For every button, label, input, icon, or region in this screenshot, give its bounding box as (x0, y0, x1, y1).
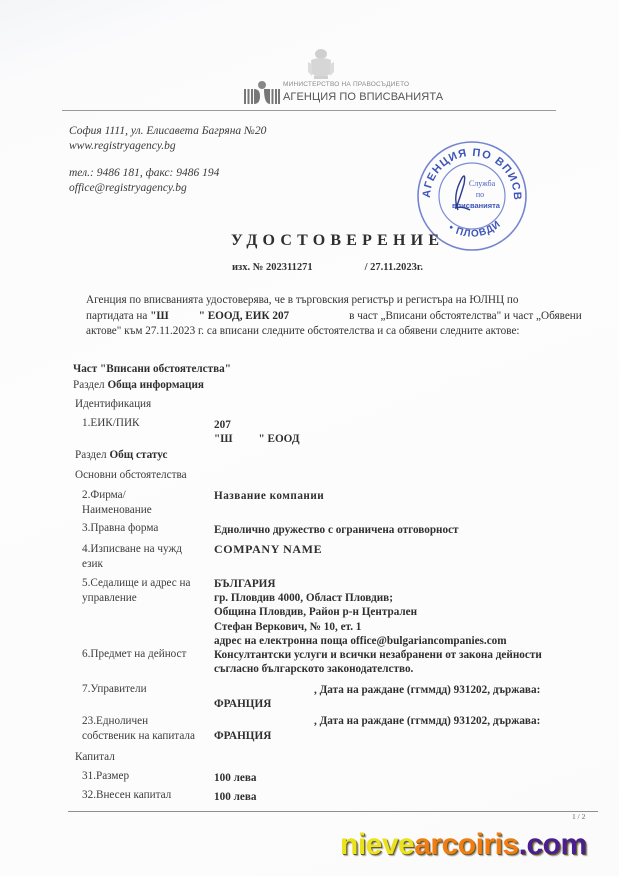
watermark-logo: nievearcoiris.com (340, 828, 587, 862)
page-number: 1 / 2 (572, 812, 585, 821)
field-value-foreign-name: COMPANY NAME (214, 542, 322, 556)
field-value-firm: Название компании (214, 489, 324, 503)
ministry-label: МИНИСТЕРСТВО НА ПРАВОСЪДИЕТО (283, 81, 409, 88)
field-label-foreign-name: 4.Изписване на чуждезик (82, 542, 182, 572)
field-value-managers: , Дата на раждане (ггммдд) 931202, държа… (214, 683, 540, 711)
field-value-activity: Консултантски услуги и всички незабранен… (214, 648, 542, 676)
agency-address: София 1111, ул. Елисавета Багряна №20 (69, 125, 266, 137)
agency-website[interactable]: www.registryagency.bg (69, 140, 176, 152)
field-value-seat: БЪЛГАРИЯ гр. Пловдив 4000, Област Пловди… (214, 577, 507, 648)
part-title: Част "Вписани обстоятелства" (73, 362, 231, 376)
section-general-status: Раздел Общ статус (75, 449, 167, 461)
svg-text:вписванията: вписванията (452, 201, 501, 210)
agency-label: АГЕНЦИЯ ПО ВПИСВАНИЯТА (283, 91, 443, 103)
field-label-sole-owner: 23.Едноличенсобственик на капитала (82, 714, 195, 744)
field-label-eik: 1.ЕИК/ПИК (82, 417, 140, 429)
field-label-legal-form: 3.Правна форма (82, 522, 158, 534)
agency-email[interactable]: office@registryagency.bg (69, 182, 187, 194)
footer-divider (68, 811, 598, 812)
agency-phones: тел.: 9486 181, факс: 9486 194 (69, 167, 219, 179)
reference-prefix: изх. № 202311271 (232, 262, 313, 273)
field-label-capital-size: 31.Размер (82, 770, 129, 782)
svg-text:АГЕНЦИЯ ПО ВПИСВАНИЯТА: АГЕНЦИЯ ПО ВПИСВАНИЯТА (412, 136, 523, 201)
document-page: МИНИСТЕРСТВО НА ПРАВОСЪДИЕТО АГЕНЦИЯ ПО … (0, 0, 619, 876)
field-label-seat: 5.Седалище и адрес науправление (82, 576, 191, 606)
field-value-legal-form: Еднолично дружество с ограничена отговор… (214, 523, 459, 537)
field-label-firm: 2.Фирма/Наименование (82, 488, 152, 518)
header-divider (62, 110, 556, 111)
field-value-sole-owner: , Дата на раждане (ггммдд) 931202, държа… (214, 714, 540, 744)
subsection-identification: Идентификация (75, 398, 151, 410)
agency-logo-icon (244, 80, 280, 106)
field-value-eik: 207 (214, 418, 231, 432)
subsection-basic-circumstances: Основни обстоятелства (75, 469, 187, 481)
document-title: УДОСТОВЕРЕНИЕ (231, 232, 444, 250)
field-label-managers: 7.Управители (82, 683, 147, 695)
svg-text:по: по (476, 190, 484, 199)
section-general-info: Раздел Обща информация (73, 379, 204, 391)
field-label-capital-paid: 32.Внесен капитал (82, 789, 171, 801)
field-value-capital-paid: 100 лева (214, 790, 256, 804)
subsection-capital: Капитал (75, 751, 115, 763)
reference-number: изх. № 202311271/ 27.11.2023г. (232, 262, 423, 273)
certificate-intro: Агенция по вписванията удостоверява, че … (86, 293, 586, 340)
reference-date: / 27.11.2023г. (365, 262, 423, 273)
field-label-activity: 6.Предмет на дейност (82, 648, 186, 660)
field-value-capital-size: 100 лева (214, 771, 256, 785)
svg-text:Служба: Служба (469, 179, 496, 188)
field-value-eik-company: "Ш" ЕООД (214, 432, 300, 446)
coat-of-arms-icon (306, 48, 336, 82)
